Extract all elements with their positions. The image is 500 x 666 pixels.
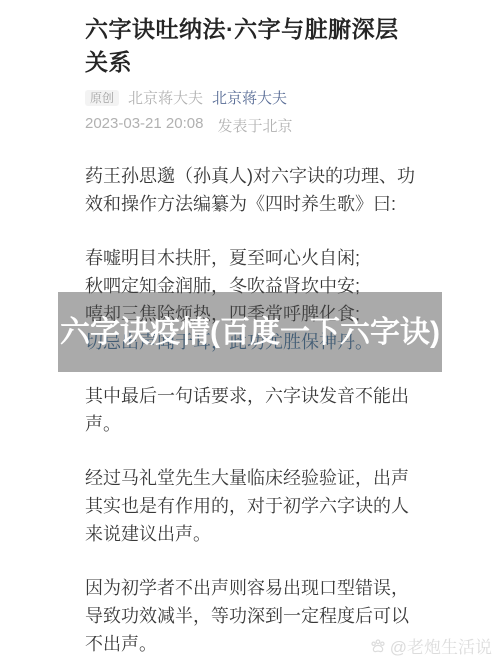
publish-location: 发表于北京: [217, 115, 292, 136]
overlay-caption-text: 六字诀疫情(百度一下六字诀): [58, 314, 442, 351]
paragraph-intro: 药王孙思邈（孙真人)对六字诀的功理、功效和操作方法编纂为《四时养生歌》曰:: [85, 162, 421, 218]
author-name: 北京蒋大夫: [128, 87, 203, 108]
watermark: @老炮生活说: [369, 633, 492, 658]
caption-overlay: 六字诀疫情(百度一下六字诀): [58, 292, 442, 372]
publish-time: 2023-03-21 20:08: [85, 115, 203, 136]
article-body: 药王孙思邈（孙真人)对六字诀的功理、功效和操作方法编纂为《四时养生歌》曰: 春嘘…: [85, 162, 421, 658]
article-meta-row: 原创 北京蒋大夫 北京蒋大夫: [85, 87, 421, 108]
paw-icon: [369, 637, 387, 655]
watermark-text: @老炮生活说: [390, 633, 492, 658]
paragraph-experience: 经过马礼堂先生大量临床经验验证，出声其实也是有作用的，对于初学六字诀的人来说建议…: [85, 464, 421, 548]
paragraph-requirement: 其中最后一句话要求，六字诀发音不能出声。: [85, 382, 421, 438]
original-badge: 原创: [85, 90, 119, 106]
account-link[interactable]: 北京蒋大夫: [212, 87, 287, 108]
article-title: 六字诀吐纳法·六字与脏腑深层关系: [85, 13, 413, 79]
publish-info-row: 2023-03-21 20:08 发表于北京: [85, 115, 421, 136]
verse-line-1: 春嘘明目木扶肝，夏至呵心火自闲;: [85, 244, 421, 272]
article-page: 六字诀吐纳法·六字与脏腑深层关系 原创 北京蒋大夫 北京蒋大夫 2023-03-…: [0, 0, 500, 666]
